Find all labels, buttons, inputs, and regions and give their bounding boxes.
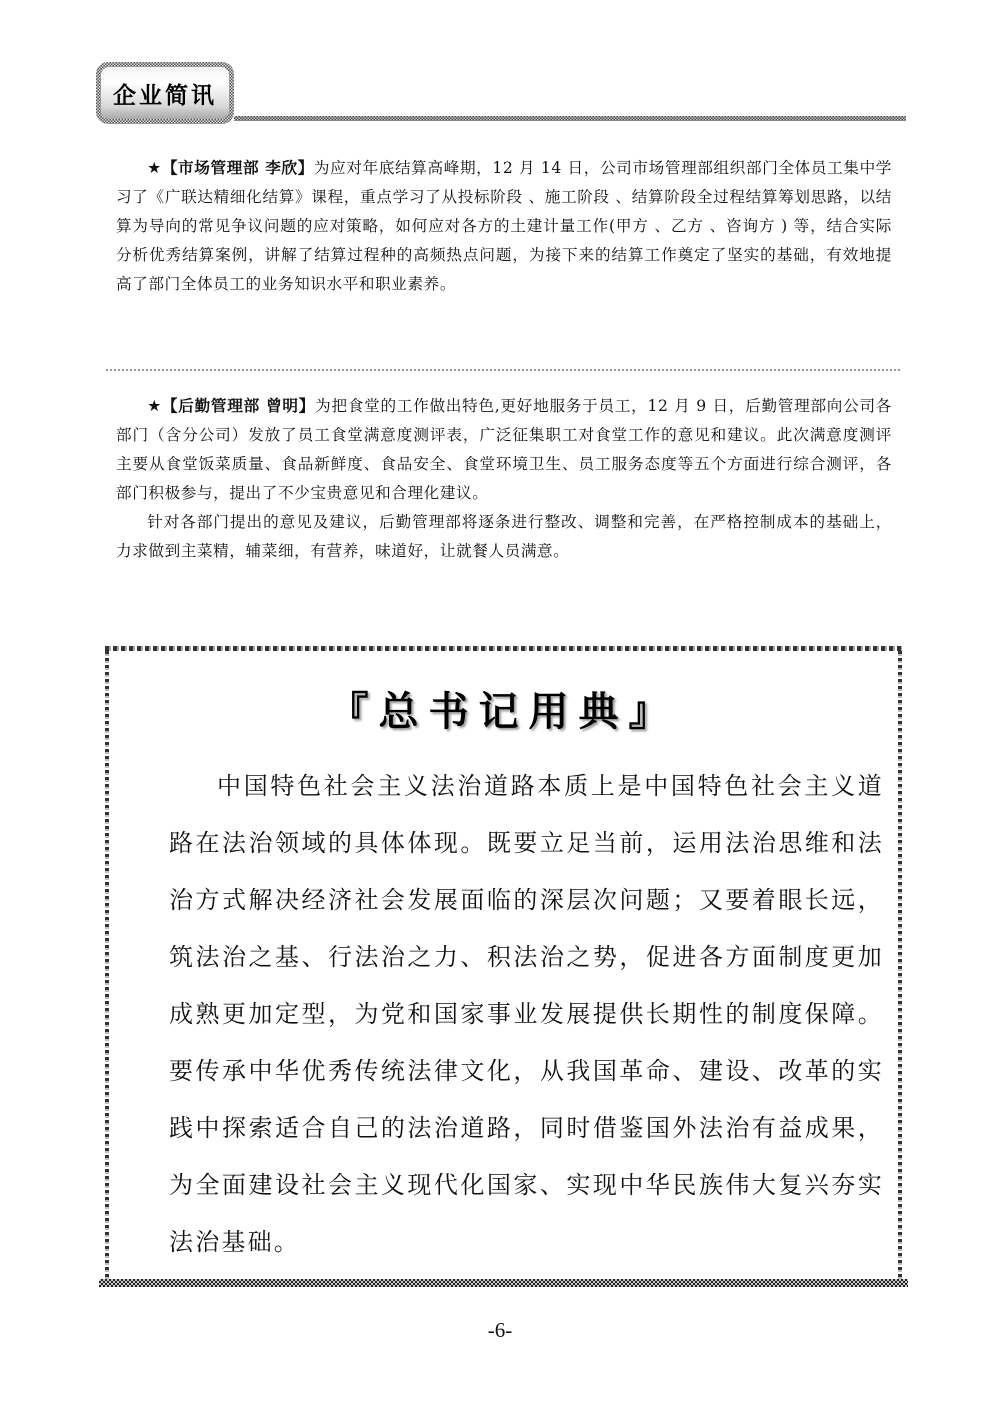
news-lead: 【后勤管理部 曾明】 bbox=[162, 397, 315, 415]
border-bottom bbox=[99, 1279, 908, 1287]
quote-paragraph: 中国特色社会主义法治道路本质上是中国特色社会主义道路在法治领域的具体体现。既要立… bbox=[169, 758, 884, 1271]
header-rule bbox=[234, 116, 906, 121]
border-right bbox=[898, 651, 902, 1279]
news-item-market: ★【市场管理部 李欣】为应对年底结算高峰期，12 月 14 日，公司市场管理部组… bbox=[116, 154, 892, 299]
quote-body: 中国特色社会主义法治道路本质上是中国特色社会主义道路在法治领域的具体体现。既要立… bbox=[169, 758, 884, 1271]
quote-box: 『总书记用典』 中国特色社会主义法治道路本质上是中国特色社会主义道路在法治领域的… bbox=[105, 646, 902, 1287]
page-number: -6- bbox=[0, 1318, 1000, 1343]
quote-title: 『总书记用典』 bbox=[105, 680, 902, 737]
star-icon: ★ bbox=[147, 159, 162, 177]
star-icon: ★ bbox=[147, 397, 162, 415]
section-divider bbox=[106, 369, 902, 371]
news-paragraph: ★【后勤管理部 曾明】为把食堂的工作做出特色,更好地服务于员工，12 月 9 日… bbox=[116, 392, 892, 508]
news-paragraph: ★【市场管理部 李欣】为应对年底结算高峰期，12 月 14 日，公司市场管理部组… bbox=[116, 154, 892, 299]
section-title: 企业简讯 bbox=[101, 67, 229, 119]
news-paragraph: 针对各部门提出的意见及建议，后勤管理部将逐条进行整改、调整和完善，在严格控制成本… bbox=[116, 508, 892, 566]
section-header-tab: 企业简讯 bbox=[96, 62, 234, 124]
news-item-logistics: ★【后勤管理部 曾明】为把食堂的工作做出特色,更好地服务于员工，12 月 9 日… bbox=[116, 392, 892, 566]
border-top bbox=[105, 646, 902, 651]
border-left bbox=[105, 651, 109, 1279]
news-lead: 【市场管理部 李欣】 bbox=[162, 159, 314, 177]
news-text: 为应对年底结算高峰期，12 月 14 日，公司市场管理部组织部门全体员工集中学习… bbox=[116, 159, 892, 293]
